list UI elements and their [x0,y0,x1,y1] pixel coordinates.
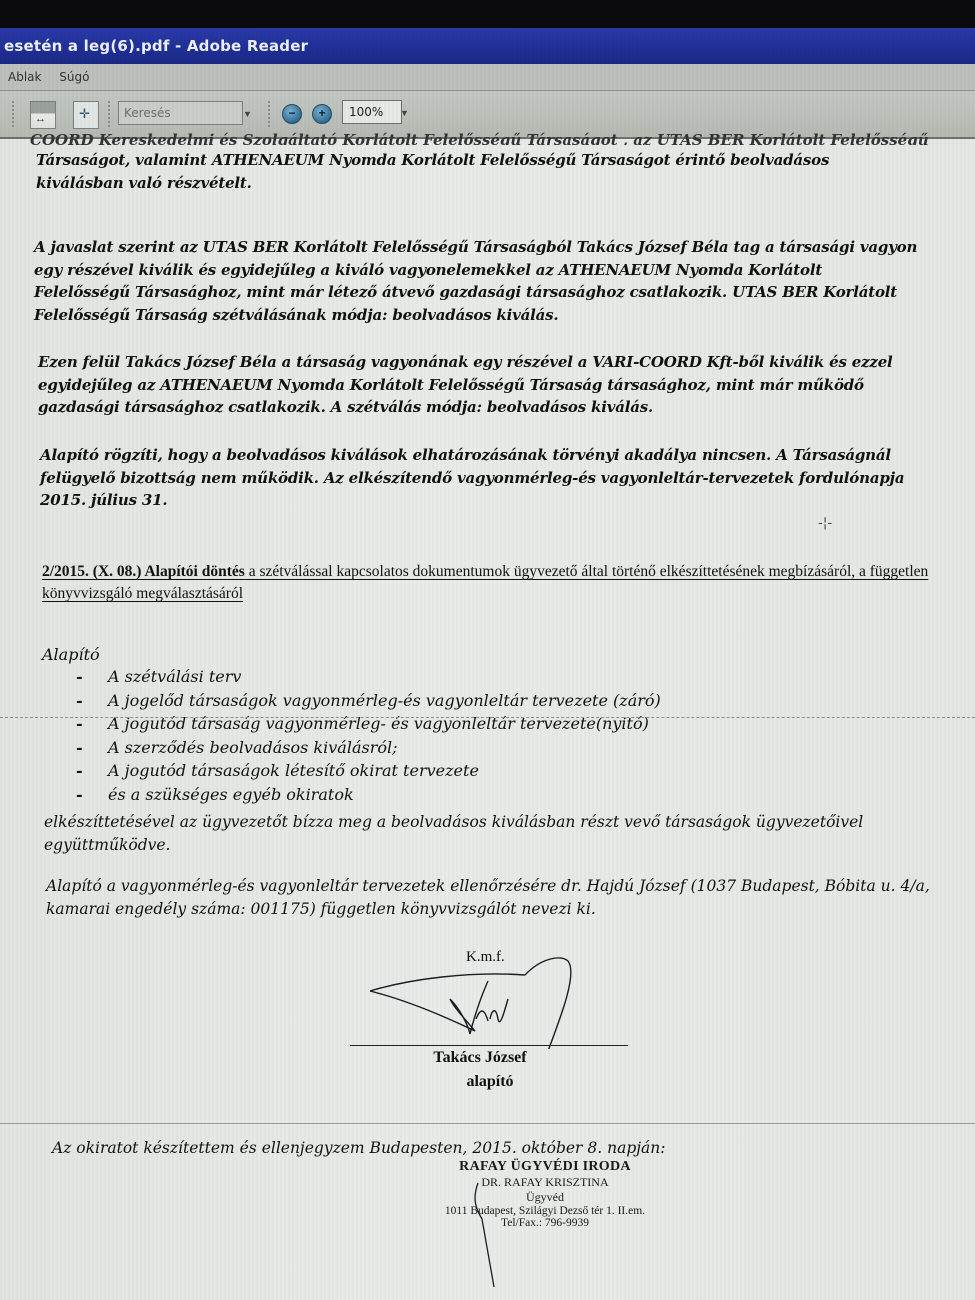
paragraph-4: Alapító rögzíti, hogy a beolvadásos kivá… [40,444,924,512]
zoom-in-button[interactable]: + [312,104,332,124]
paragraph-3: Ezen felül Takács József Béla a társaság… [38,351,922,419]
list-bullet-icon: - [76,736,83,760]
list-bullet-icon: - [76,665,83,689]
toolbar-grip[interactable] [12,101,16,127]
toolbar-grip[interactable] [268,101,272,127]
menu-bar: Ablak Súgó [0,64,975,91]
stamp-lawyer: DR. RAFAY KRISZTINA [420,1175,670,1190]
paragraph-6: Alapító a vagyonmérleg-és vagyonleltár t… [46,875,931,920]
paragraph-5: elkészíttetésével az ügyvezetőt bízza me… [44,811,929,856]
list-bullet-icon: - [76,712,83,736]
list-item: -A szerződés beolvadásos kiválásról; [72,736,661,760]
stamp-title: Ügyvéd [420,1190,670,1205]
stamp-office: RAFAY ÜGYVÉDI IRODA [420,1159,670,1175]
document-cut-line: COORD Kereskedelmi és Szolgáltató Korlát… [30,131,930,145]
screen: esetén a leg(6).pdf - Adobe Reader Ablak… [0,28,975,1300]
signatory-name: Takács József [350,1049,610,1067]
attestation-text: Az okiratot készítettem és ellenjegyzem … [52,1139,666,1157]
zoom-dropdown-arrow-icon[interactable]: ▼ [400,108,409,118]
paragraph-2: A javaslat szerint az UTAS BER Korlátolt… [34,236,919,326]
zoom-level-field[interactable]: 100% [342,100,402,124]
list-item-text: A szerződés beolvadásos kiválásról; [108,738,397,757]
stamp-phone: Tel/Fax.: 796-9939 [420,1217,670,1229]
list-bullet-icon: - [76,759,83,783]
stamp-address: 1011 Budapest, Szilágyi Dezső tér 1. II.… [420,1205,670,1217]
list-item: -és a szükséges egyéb okiratok [72,783,661,807]
signature-line [350,1045,628,1046]
resolution-heading: 2/2015. (X. 08.) Alapítói döntés a szétv… [42,561,932,605]
page-divider [0,1123,975,1124]
signatory-role: alapító [350,1073,630,1091]
window-title-bar: esetén a leg(6).pdf - Adobe Reader [0,28,975,64]
paragraph-2-bold: beolvadásos kiválás. [392,306,558,324]
fit-page-icon[interactable] [73,101,99,129]
list-item-text: A szétválási terv [108,667,241,686]
countersign-stroke-icon [470,1179,510,1289]
paragraph-1: Társaságot, valamint ATHENAEUM Nyomda Ko… [36,149,916,194]
law-office-stamp: RAFAY ÜGYVÉDI IRODA DR. RAFAY KRISZTINA … [420,1159,670,1229]
paragraph-3-text: Ezen felül Takács József Béla a társaság… [38,353,893,416]
menu-sugo[interactable]: Súgó [51,64,95,90]
menu-ablak[interactable]: Ablak [0,64,47,90]
paragraph-3-bold: beolvadásos kiválás. [487,398,653,416]
window-title: esetén a leg(6).pdf - Adobe Reader [4,37,308,55]
list-item: -A szétválási terv [72,665,661,689]
list-item: -A jogutód társaságok létesítő okirat te… [72,759,661,783]
list-item-text: és a szükséges egyéb okiratok [108,785,354,804]
page-break-divider [0,717,975,718]
resolution-number: 2/2015. (X. 08.) Alapítói döntés [42,563,245,580]
zoom-out-button[interactable]: − [282,104,302,124]
document-page: COORD Kereskedelmi és Szolgáltató Korlát… [0,139,975,1300]
list-bullet-icon: - [76,783,83,807]
list-item-text: A jogutód társaságok létesítő okirat ter… [108,761,479,780]
list-bullet-icon: - [76,689,83,713]
search-dropdown-arrow-icon[interactable]: ▼ [243,109,252,119]
fit-width-icon[interactable] [30,101,56,129]
document-list: -A szétválási terv -A jogelőd társaságok… [72,665,661,806]
toolbar-grip[interactable] [108,101,112,127]
signature-block: K.m.f. Takács József alapító [350,949,630,1099]
founder-label: Alapító [42,645,100,664]
kmf-label: K.m.f. [466,949,505,966]
list-item: -A jogelőd társaságok vagyonmérleg-és va… [72,689,661,713]
list-item: -A jogutód társaság vagyonmérleg- és vag… [72,712,661,736]
search-input[interactable]: Keresés [118,101,243,125]
list-item-text: A jogelőd társaságok vagyonmérleg-és vag… [108,691,661,710]
crosshair-cursor-icon: -¦- [818,515,832,531]
